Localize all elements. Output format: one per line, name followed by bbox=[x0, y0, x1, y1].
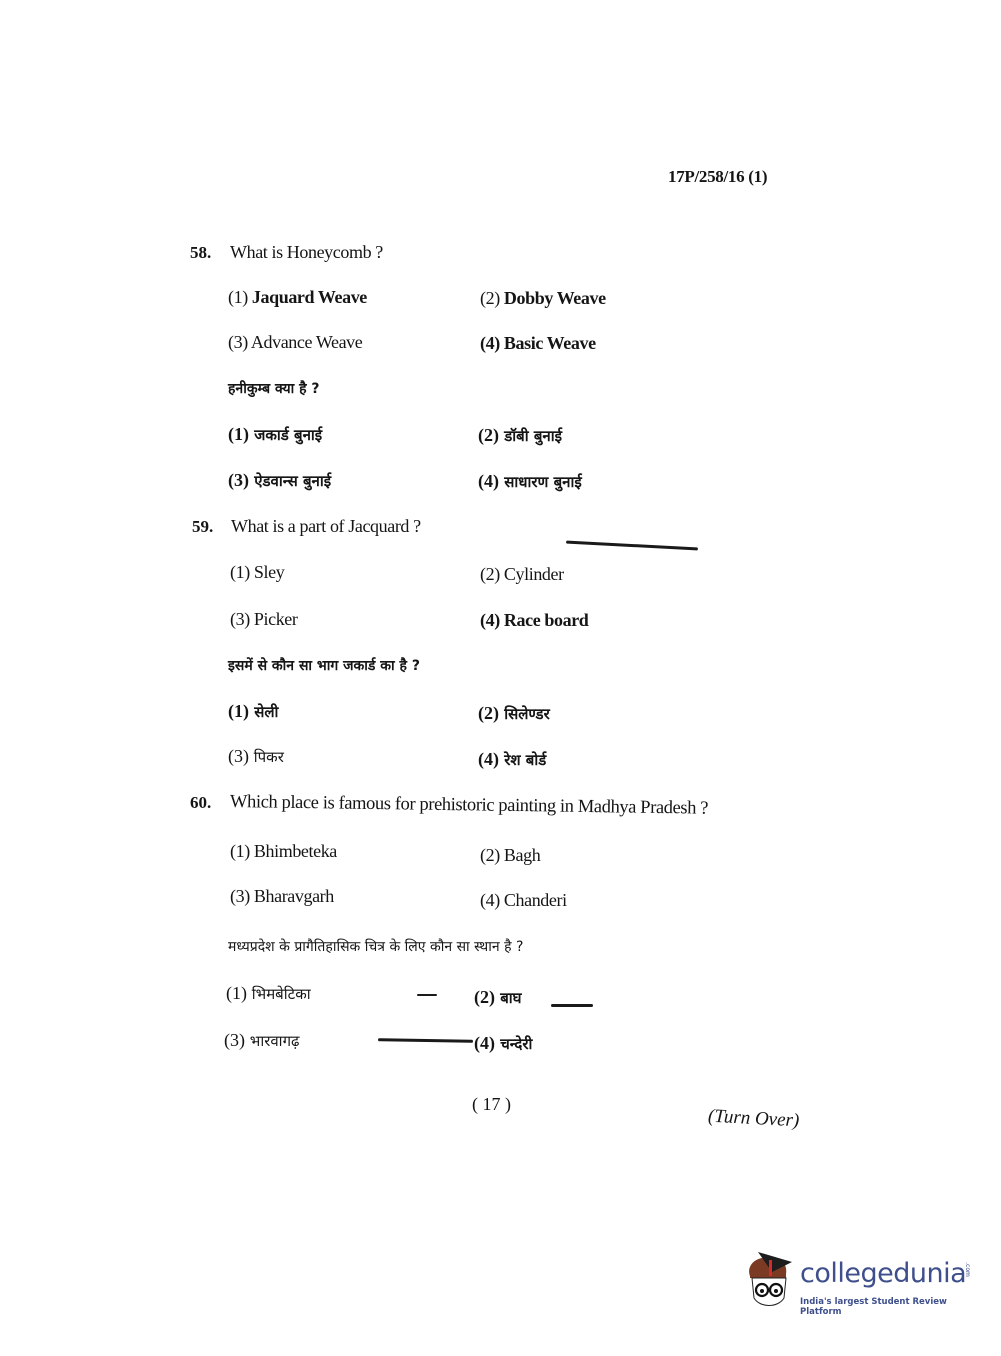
option-number: (3) bbox=[230, 886, 250, 906]
option-4-hindi: (4) रेश बोर्ड bbox=[478, 749, 546, 770]
brand-domain-suffix: .com bbox=[964, 1262, 971, 1277]
option-text: Chanderi bbox=[504, 890, 567, 910]
turn-over-note: (Turn Over) bbox=[707, 1106, 799, 1133]
option-1-hindi: (1) भिमबेटिका bbox=[226, 983, 311, 1004]
brand-tagline: India's largest Student Review Platform bbox=[800, 1297, 974, 1317]
option-3: (3) Advance Weave bbox=[228, 332, 362, 353]
option-4-hindi: (4) चन्देरी bbox=[474, 1033, 532, 1054]
option-number: (2) bbox=[478, 425, 499, 445]
option-2: (2) Bagh bbox=[480, 845, 540, 866]
option-number: (3) bbox=[228, 332, 248, 352]
option-text: साधारण बुनाई bbox=[504, 473, 581, 491]
option-4: (4) Basic Weave bbox=[480, 333, 596, 354]
pen-mark bbox=[417, 994, 437, 996]
option-text: Basic Weave bbox=[504, 333, 596, 353]
option-number: (2) bbox=[480, 564, 500, 584]
question-text: What is Honeycomb ? bbox=[230, 242, 383, 263]
pen-mark bbox=[378, 1038, 473, 1043]
option-text: Dobby Weave bbox=[504, 288, 606, 308]
option-2-hindi: (2) बाघ bbox=[474, 987, 522, 1008]
option-number: (4) bbox=[478, 749, 499, 769]
option-text: Bharavgarh bbox=[254, 886, 334, 906]
option-text: चन्देरी bbox=[500, 1035, 532, 1053]
option-text: Bagh bbox=[504, 845, 540, 865]
option-text: जकार्ड बुनाई bbox=[254, 426, 322, 444]
question-number: 59. bbox=[192, 517, 213, 537]
question-number: 58. bbox=[190, 243, 211, 263]
paper-code: 17P/258/16 (1) bbox=[668, 167, 767, 187]
option-2: (2) Dobby Weave bbox=[480, 288, 606, 309]
option-number: (1) bbox=[226, 983, 247, 1003]
option-1-hindi: (1) जकार्ड बुनाई bbox=[228, 424, 322, 445]
option-number: (4) bbox=[474, 1033, 495, 1053]
option-number: (4) bbox=[480, 333, 500, 353]
option-number: (3) bbox=[228, 470, 249, 490]
option-number: (4) bbox=[478, 471, 499, 491]
option-text: Race board bbox=[504, 610, 589, 630]
option-1: (1) Jaquard Weave bbox=[228, 287, 367, 308]
option-number: (4) bbox=[480, 610, 500, 630]
option-number: (1) bbox=[228, 424, 249, 444]
option-1-hindi: (1) सेली bbox=[228, 701, 278, 722]
option-text: Cylinder bbox=[504, 564, 564, 584]
option-3-hindi: (3) ऐडवान्स बुनाई bbox=[228, 470, 331, 491]
question-text-hindi: मध्यप्रदेश के प्रागैतिहासिक चित्र के लिए… bbox=[228, 937, 523, 956]
option-number: (1) bbox=[230, 562, 250, 582]
option-text: रेश बोर्ड bbox=[504, 751, 546, 769]
option-text: भिमबेटिका bbox=[252, 985, 311, 1003]
option-3-hindi: (3) पिकर bbox=[228, 746, 284, 767]
option-number: (2) bbox=[480, 845, 500, 865]
option-1: (1) Bhimbeteka bbox=[230, 841, 337, 862]
option-text: सिलेण्डर bbox=[504, 705, 549, 723]
question-number: 60. bbox=[190, 793, 211, 813]
option-number: (1) bbox=[228, 287, 248, 307]
option-number: (2) bbox=[480, 288, 500, 308]
option-number: (1) bbox=[228, 701, 249, 721]
option-2-hindi: (2) सिलेण्डर bbox=[478, 703, 550, 724]
option-text: Bhimbeteka bbox=[254, 841, 337, 861]
option-number: (3) bbox=[228, 746, 249, 766]
question-text-hindi: हनीकुम्ब क्या है ? bbox=[228, 379, 320, 398]
option-text: Sley bbox=[254, 562, 284, 582]
option-number: (3) bbox=[230, 609, 250, 629]
option-2-hindi: (2) डॉबी बुनाई bbox=[478, 425, 562, 446]
option-4: (4) Chanderi bbox=[480, 890, 567, 911]
pen-mark bbox=[566, 541, 698, 551]
option-text: डॉबी बुनाई bbox=[504, 427, 562, 445]
collegedunia-watermark: collegedunia .com India's largest Studen… bbox=[742, 1248, 974, 1314]
option-text: Jaquard Weave bbox=[252, 287, 367, 307]
option-4: (4) Race board bbox=[480, 610, 588, 631]
option-4-hindi: (4) साधारण बुनाई bbox=[478, 471, 582, 492]
option-text: सेली bbox=[254, 703, 278, 721]
pen-mark bbox=[551, 1004, 593, 1007]
question-text: Which place is famous for prehistoric pa… bbox=[230, 792, 708, 820]
option-3: (3) Picker bbox=[230, 609, 298, 630]
question-text: What is a part of Jacquard ? bbox=[231, 516, 421, 537]
option-text: पिकर bbox=[254, 748, 284, 766]
option-number: (2) bbox=[474, 987, 495, 1007]
page-number: ( 17 ) bbox=[472, 1094, 511, 1115]
option-number: (1) bbox=[230, 841, 250, 861]
option-number: (4) bbox=[480, 890, 500, 910]
mascot-icon bbox=[742, 1248, 802, 1314]
option-text: Advance Weave bbox=[251, 332, 362, 352]
option-text: भारवागढ़ bbox=[250, 1032, 300, 1050]
option-2: (2) Cylinder bbox=[480, 564, 564, 585]
option-1: (1) Sley bbox=[230, 562, 284, 583]
option-3: (3) Bharavgarh bbox=[230, 886, 334, 907]
option-number: (3) bbox=[224, 1030, 245, 1050]
option-text: बाघ bbox=[500, 989, 521, 1007]
option-number: (2) bbox=[478, 703, 499, 723]
question-text-hindi: इसमें से कौन सा भाग जकार्ड का है ? bbox=[228, 656, 420, 675]
option-text: ऐडवान्स बुनाई bbox=[254, 472, 331, 490]
option-3-hindi: (3) भारवागढ़ bbox=[224, 1030, 299, 1051]
option-text: Picker bbox=[254, 609, 298, 629]
brand-name: collegedunia bbox=[800, 1258, 966, 1289]
